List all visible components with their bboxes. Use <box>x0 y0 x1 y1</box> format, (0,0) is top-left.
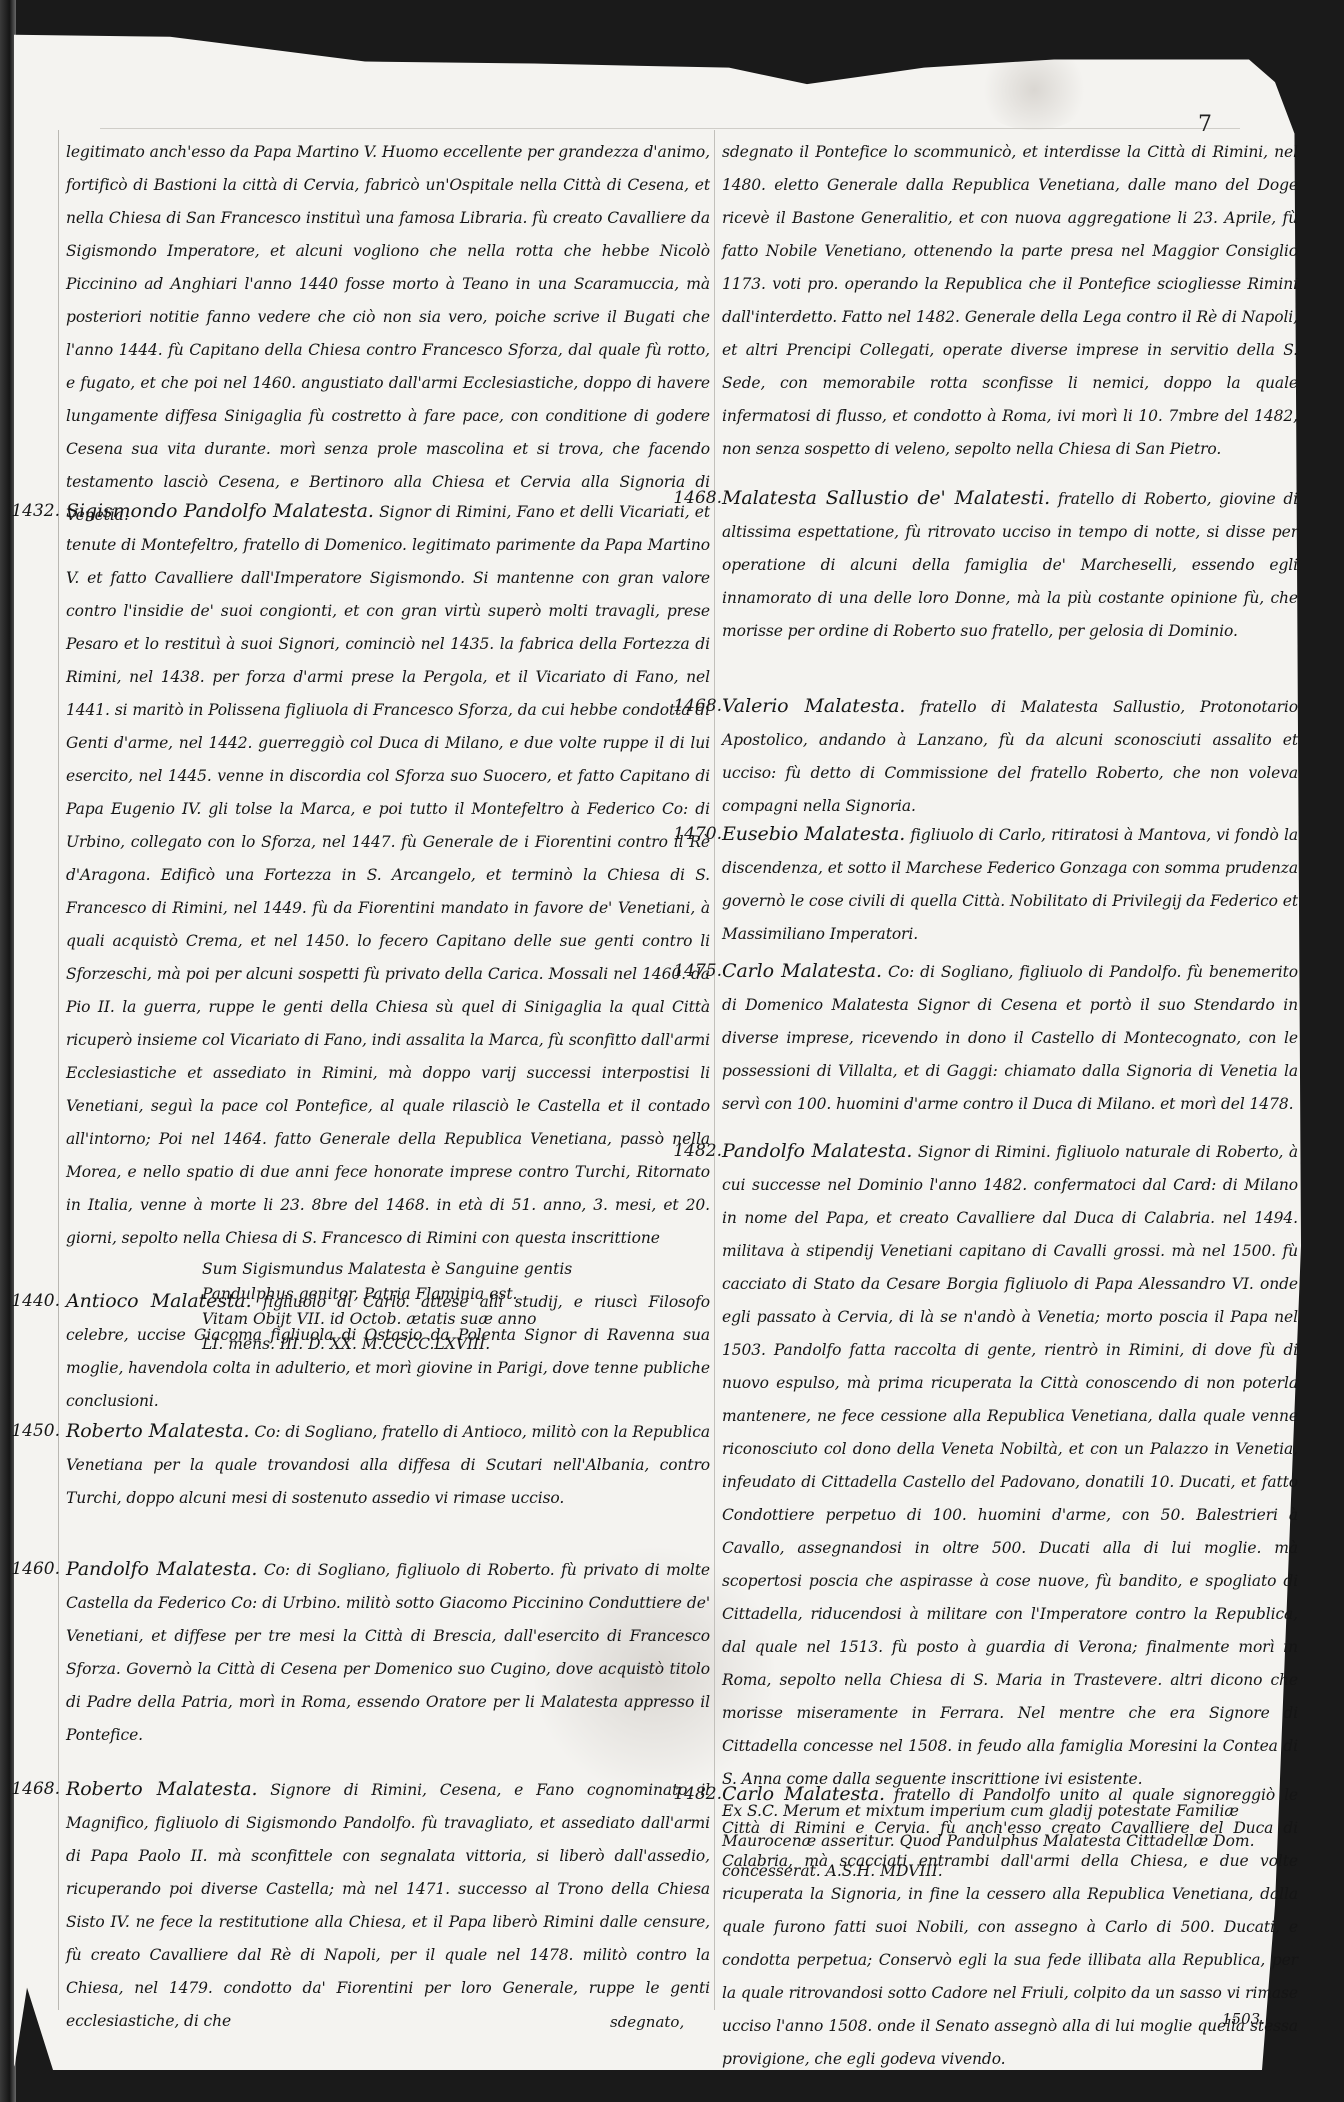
entry-year: 1440. <box>2 1285 60 1318</box>
catchword-left: sdegnato, <box>610 2013 684 2031</box>
entry-roberto-magnifico: 1468. Roberto Malatesta. Signore di Rimi… <box>62 1773 710 2038</box>
entry-year: 1482. <box>664 1778 722 1811</box>
entry-body: fratello di Pandolfo unito al quale sign… <box>722 1786 1298 2068</box>
entry-pandolfo-sogliano: 1460. Pandolfo Malatesta. Co: di Soglian… <box>62 1553 710 1752</box>
entry-name: Malatesta Sallustio de' Malatesti. <box>722 487 1050 509</box>
entry-name: Sigismondo Pandolfo Malatesta. <box>66 500 374 522</box>
entry-year: 1468. <box>2 1773 60 1806</box>
entry-eusebio: 1470. Eusebio Malatesta. figliuolo di Ca… <box>718 818 1298 951</box>
entry-sigismondo-pandolfo: 1432. Sigismondo Pandolfo Malatesta. Sig… <box>62 495 710 1357</box>
entry-body: Signor di Rimini. figliuolo naturale di … <box>722 1143 1298 1788</box>
entry-carlo-sogliano: 1475. Carlo Malatesta. Co: di Sogliano, … <box>718 955 1298 1121</box>
entry-body: Co: di Sogliano, figliuolo di Pandolfo. … <box>722 963 1298 1113</box>
entry-carlo-fratello: 1482. Carlo Malatesta. fratello di Pando… <box>718 1778 1298 2076</box>
entry-roberto-sogliano: 1450. Roberto Malatesta. Co: di Sogliano… <box>62 1415 710 1515</box>
entry-name: Pandolfo Malatesta. <box>722 1140 912 1162</box>
entry-text: Roberto Malatesta. Signore di Rimini, Ce… <box>62 1773 710 2038</box>
entry-year: 1432. <box>2 495 60 528</box>
entry-name: Roberto Malatesta. <box>66 1778 257 1800</box>
entry-name: Carlo Malatesta. <box>722 960 882 982</box>
entry-text: Carlo Malatesta. fratello di Pandolfo un… <box>718 1778 1298 2076</box>
left-margin-rule <box>58 130 59 2010</box>
entry-name: Carlo Malatesta. <box>722 1783 885 1805</box>
entry-name: Roberto Malatesta. <box>66 1420 249 1442</box>
entry-continuation: legitimato anch'esso da Papa Martino V. … <box>62 136 710 532</box>
entry-text: Antioco Malatesta. figliuolo di Carlo. a… <box>62 1285 710 1418</box>
entry-year: 1468. <box>664 690 722 723</box>
paper-stain <box>974 50 1094 130</box>
entry-body: Signor di Rimini, Fano et delli Vicariat… <box>66 503 710 1247</box>
catchword-right: 1503. <box>1222 2010 1265 2028</box>
entry-text: Eusebio Malatesta. figliuolo di Carlo, r… <box>718 818 1298 951</box>
entry-text: Malatesta Sallustio de' Malatesti. frate… <box>718 482 1298 648</box>
entry-body: Co: di Sogliano, figliuolo di Roberto. f… <box>66 1561 710 1744</box>
entry-name: Valerio Malatesta. <box>722 695 905 717</box>
entry-pandolfo-rimini: 1482. Pandolfo Malatesta. Signor di Rimi… <box>718 1135 1298 1886</box>
entry-text: Roberto Malatesta. Co: di Sogliano, frat… <box>62 1415 710 1515</box>
entry-body: fratello di Roberto, giovine di altissim… <box>722 490 1298 640</box>
entry-name: Pandolfo Malatesta. <box>66 1558 257 1580</box>
entry-text: Carlo Malatesta. Co: di Sogliano, figliu… <box>718 955 1298 1121</box>
entry-year: 1470. <box>664 818 722 851</box>
page-number: 7 <box>1198 112 1212 137</box>
top-margin-rule <box>100 128 1240 129</box>
entry-text: Pandolfo Malatesta. Signor di Rimini. fi… <box>718 1135 1298 1796</box>
entry-body: Signore di Rimini, Cesena, e Fano cognom… <box>66 1781 710 2030</box>
entry-text: sdegnato il Pontefice lo scommunicò, et … <box>718 136 1298 466</box>
entry-name: Eusebio Malatesta. <box>722 823 905 845</box>
entry-name: Antioco Malatesta. <box>66 1290 252 1312</box>
verse-line: Sum Sigismundus Malatesta è Sanguine gen… <box>202 1257 710 1282</box>
entry-year: 1475. <box>664 955 722 988</box>
entry-year: 1460. <box>2 1553 60 1586</box>
entry-year: 1482. <box>664 1135 722 1168</box>
entry-antioco: 1440. Antioco Malatesta. figliuolo di Ca… <box>62 1285 710 1418</box>
entry-year: 1450. <box>2 1415 60 1448</box>
entry-text: Pandolfo Malatesta. Co: di Sogliano, fig… <box>62 1553 710 1752</box>
entry-continuation: sdegnato il Pontefice lo scommunicò, et … <box>718 136 1298 466</box>
entry-text: legitimato anch'esso da Papa Martino V. … <box>62 136 710 532</box>
entry-text: Valerio Malatesta. fratello di Malatesta… <box>718 690 1298 823</box>
entry-text: Sigismondo Pandolfo Malatesta. Signor di… <box>62 495 710 1255</box>
entry-year: 1468. <box>664 482 722 515</box>
entry-malatesta-sallustio: 1468. Malatesta Sallustio de' Malatesti.… <box>718 482 1298 648</box>
entry-valerio: 1468. Valerio Malatesta. fratello di Mal… <box>718 690 1298 823</box>
column-divider-rule <box>714 130 715 2010</box>
